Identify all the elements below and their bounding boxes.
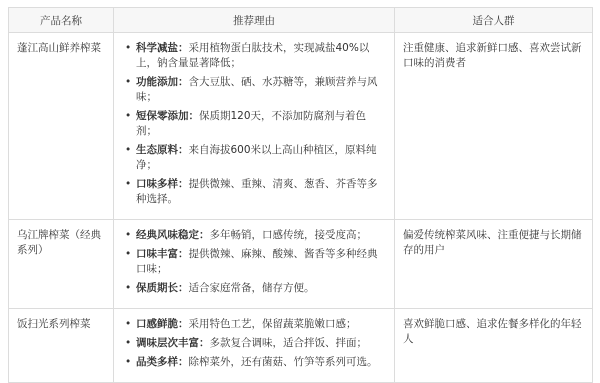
reason-title: 口感鲜脆： <box>136 318 189 323</box>
reasons-cell: 口感鲜脆：采用特色工艺，保留蔬菜脆嫩口感； 调味层次丰富：多款复合调味，适合拌饭… <box>114 309 395 324</box>
header-product-name: 产品名称 <box>9 8 114 33</box>
target-audience: 注重健康、追求新鲜口感、喜欢尝试新口味的消费者 <box>395 33 593 220</box>
list-item: 功能添加：含大豆肽、硒、水苏糖等，兼顾营养与风味； <box>136 75 386 105</box>
reason-title: 保质期长： <box>136 282 189 294</box>
list-item: 口感鲜脆：采用特色工艺，保留蔬菜脆嫩口感； <box>136 317 386 323</box>
list-item: 生态原料：来自海拔600米以上高山种植区，原料纯净； <box>136 143 386 173</box>
reason-text: 多年畅销，口感传统，接受度高； <box>210 229 368 241</box>
reasons-list: 科学减盐：采用植物蛋白肽技术，实现减盐40%以上，钠含量显著降低； 功能添加：含… <box>122 41 386 207</box>
list-item: 科学减盐：采用植物蛋白肽技术，实现减盐40%以上，钠含量显著降低； <box>136 41 386 71</box>
list-item: 保质期长：适合家庭常备，储存方便。 <box>136 281 386 296</box>
reason-text: 适合家庭常备，储存方便。 <box>189 282 315 294</box>
reason-title: 经典风味稳定： <box>136 229 210 241</box>
table-row: 饭扫光系列榨菜 口感鲜脆：采用特色工艺，保留蔬菜脆嫩口感； 调味层次丰富：多款复… <box>9 309 593 324</box>
product-name: 饭扫光系列榨菜 <box>9 309 114 324</box>
reasons-list: 经典风味稳定：多年畅销，口感传统，接受度高； 口味丰富：提供微辣、麻辣、酸辣、酱… <box>122 228 386 296</box>
reason-title: 功能添加： <box>136 76 189 88</box>
reasons-list: 口感鲜脆：采用特色工艺，保留蔬菜脆嫩口感； 调味层次丰富：多款复合调味，适合拌饭… <box>122 317 386 323</box>
reasons-cell: 科学减盐：采用植物蛋白肽技术，实现减盐40%以上，钠含量显著降低； 功能添加：含… <box>114 33 395 220</box>
product-recommendation-table: 产品名称 推荐理由 适合人群 蓬江高山鲜养榨菜 科学减盐：采用植物蛋白肽技术，实… <box>8 7 593 323</box>
reason-title: 口味丰富： <box>136 248 189 260</box>
list-item: 经典风味稳定：多年畅销，口感传统，接受度高； <box>136 228 386 243</box>
reason-title: 短保零添加： <box>136 110 199 122</box>
reason-title: 科学减盐： <box>136 42 189 54</box>
table-header-row: 产品名称 推荐理由 适合人群 <box>9 8 593 33</box>
header-reasons: 推荐理由 <box>114 8 395 33</box>
table-row: 蓬江高山鲜养榨菜 科学减盐：采用植物蛋白肽技术，实现减盐40%以上，钠含量显著降… <box>9 33 593 220</box>
table-row: 乌江牌榨菜（经典系列） 经典风味稳定：多年畅销，口感传统，接受度高； 口味丰富：… <box>9 220 593 309</box>
list-item: 短保零添加：保质期120天，不添加防腐剂与着色剂； <box>136 109 386 139</box>
reasons-cell: 经典风味稳定：多年畅销，口感传统，接受度高； 口味丰富：提供微辣、麻辣、酸辣、酱… <box>114 220 395 309</box>
target-audience: 偏爱传统榨菜风味、注重便捷与长期储存的用户 <box>395 220 593 309</box>
list-item: 口味丰富：提供微辣、麻辣、酸辣、酱香等多种经典口味； <box>136 247 386 277</box>
product-name: 蓬江高山鲜养榨菜 <box>9 33 114 220</box>
reason-title: 生态原料： <box>136 144 189 156</box>
target-audience: 喜欢鲜脆口感、追求佐餐多样化的年轻人 <box>395 309 593 324</box>
header-audience: 适合人群 <box>395 8 593 33</box>
product-name: 乌江牌榨菜（经典系列） <box>9 220 114 309</box>
reason-title: 口味多样： <box>136 178 189 190</box>
reason-text: 采用特色工艺，保留蔬菜脆嫩口感； <box>189 318 357 323</box>
list-item: 口味多样：提供微辣、重辣、清爽、葱香、芥香等多种选择。 <box>136 177 386 207</box>
